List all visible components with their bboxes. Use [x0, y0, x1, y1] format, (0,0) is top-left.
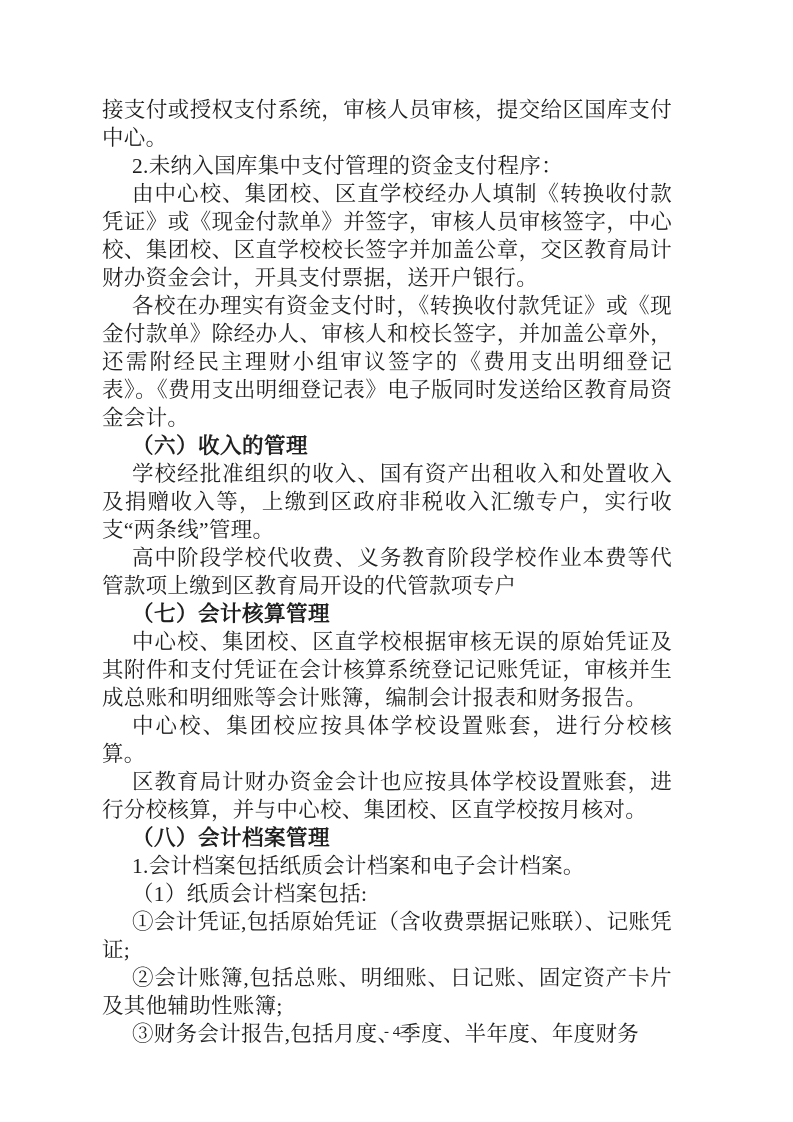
paragraph: 学校经批准组织的收入、国有资产出租收入和处置收入及捐赠收入等，上缴到区政府非税收… [102, 460, 672, 544]
section-heading-income-management: （六）收入的管理 [102, 432, 672, 460]
paragraph: 接支付或授权支付系统，审核人员审核，提交给区国库支付中心。 [102, 96, 672, 152]
section-heading-archive-management: （八）会计档案管理 [102, 824, 672, 852]
paragraph: 由中心校、集团校、区直学校经办人填制《转换收付款凭证》或《现金付款单》并签字，审… [102, 180, 672, 292]
paragraph: 各校在办理实有资金支付时，《转换收付款凭证》或《现金付款单》除经办人、审核人和校… [102, 292, 672, 432]
page-number: - 4 - [384, 1024, 409, 1040]
paragraph: 中心校、集团校应按具体学校设置账套，进行分校核算。 [102, 712, 672, 768]
paragraph: ②会计账簿,包括总账、明细账、日记账、固定资产卡片及其他辅助性账簿; [102, 964, 672, 1020]
paragraph: 区教育局计财办资金会计也应按具体学校设置账套，进行分校核算，并与中心校、集团校、… [102, 768, 672, 824]
paragraph: 中心校、集团校、区直学校根据审核无误的原始凭证及其附件和支付凭证在会计核算系统登… [102, 628, 672, 712]
paragraph: 高中阶段学校代收费、义务教育阶段学校作业本费等代管款项上缴到区教育局开设的代管款… [102, 544, 672, 600]
paragraph: ①会计凭证,包括原始凭证（含收费票据记账联）、记账凭证; [102, 908, 672, 964]
document-page: 接支付或授权支付系统，审核人员审核，提交给区国库支付中心。 2.未纳入国库集中支… [0, 0, 793, 1122]
page-footer: - 4 - [0, 1022, 793, 1042]
document-body: 接支付或授权支付系统，审核人员审核，提交给区国库支付中心。 2.未纳入国库集中支… [102, 96, 672, 1048]
paragraph: （1）纸质会计档案包括: [102, 880, 672, 908]
paragraph: 2.未纳入国库集中支付管理的资金支付程序： [102, 152, 672, 180]
paragraph: 1.会计档案包括纸质会计档案和电子会计档案。 [102, 852, 672, 880]
section-heading-accounting-management: （七）会计核算管理 [102, 600, 672, 628]
